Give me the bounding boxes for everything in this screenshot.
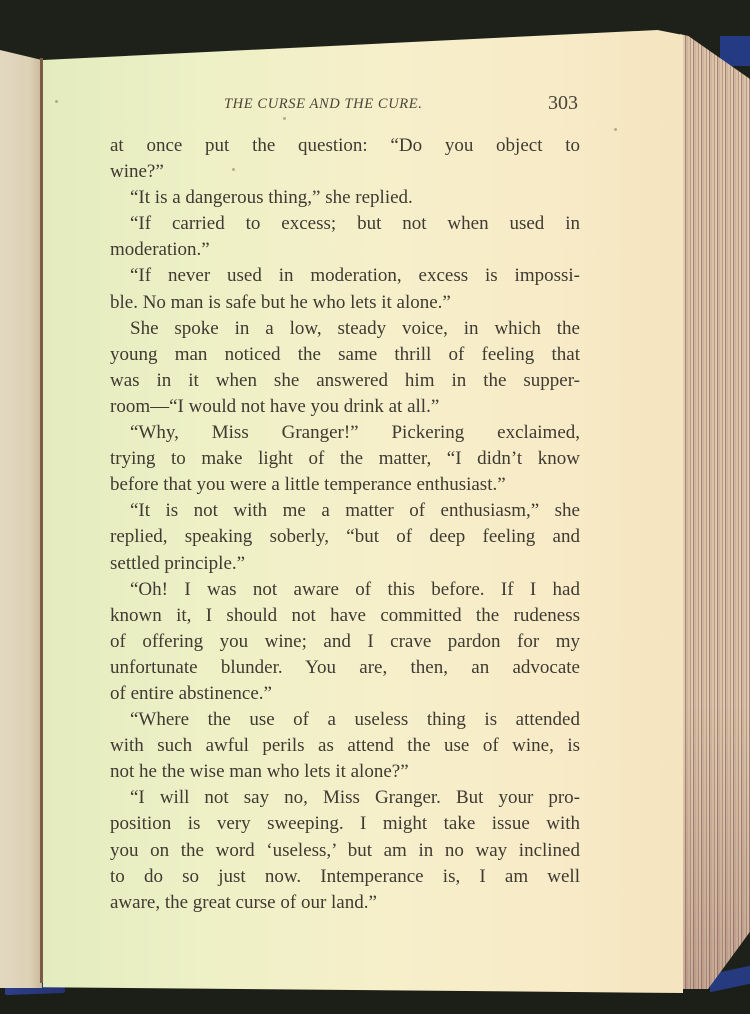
body-text: at once put the question: “Do you object… xyxy=(110,133,580,916)
text-line: at once put the question: “Do you object… xyxy=(110,133,580,159)
text-line: “Why, Miss Granger!” Pickering exclaimed… xyxy=(110,420,580,446)
text-line: “I will not say no, Miss Granger. But yo… xyxy=(110,785,580,811)
paper-speck xyxy=(283,117,286,120)
text-line: unfortunate blunder. You are, then, an a… xyxy=(110,655,580,681)
text-line: “Where the use of a useless thing is att… xyxy=(110,707,580,733)
book-gutter xyxy=(40,58,43,983)
text-line: settled principle.” xyxy=(110,551,580,577)
text-line: of entire abstinence.” xyxy=(110,681,580,707)
text-line: was in it when she answered him in the s… xyxy=(110,368,580,394)
text-line: room—“I would not have you drink at all.… xyxy=(110,394,580,420)
text-line: “If carried to excess; but not when used… xyxy=(110,211,580,237)
text-line: before that you were a little temperance… xyxy=(110,472,580,498)
page-header: THE CURSE AND THE CURE. 303 xyxy=(224,94,584,120)
text-line: known it, I should not have committed th… xyxy=(110,603,580,629)
text-line: to do so just now. Intemperance is, I am… xyxy=(110,864,580,890)
text-line: you on the word ‘useless,’ but am in no … xyxy=(110,838,580,864)
text-line: wine?” xyxy=(110,159,580,185)
paper-speck xyxy=(232,168,235,171)
text-line: moderation.” xyxy=(110,237,580,263)
text-line: aware, the great curse of our land.” xyxy=(110,890,580,916)
text-line: “It is not with me a matter of enthusias… xyxy=(110,498,580,524)
text-line: of offering you wine; and I crave pardon… xyxy=(110,629,580,655)
text-line: with such awful perils as attend the use… xyxy=(110,733,580,759)
text-line: “Oh! I was not aware of this before. If … xyxy=(110,577,580,603)
facing-page-edge xyxy=(0,48,42,988)
paper-speck xyxy=(614,128,617,131)
paper-speck xyxy=(55,100,58,103)
page-stack-shade xyxy=(680,34,750,989)
text-line: She spoke in a low, steady voice, in whi… xyxy=(110,316,580,342)
text-line: “It is a dangerous thing,” she replied. xyxy=(110,185,580,211)
text-line: position is very sweeping. I might take … xyxy=(110,811,580,837)
text-line: “If never used in moderation, excess is … xyxy=(110,263,580,289)
text-line: replied, speaking soberly, “but of deep … xyxy=(110,524,580,550)
text-line: young man noticed the same thrill of fee… xyxy=(110,342,580,368)
running-title: THE CURSE AND THE CURE. xyxy=(224,96,422,113)
text-line: trying to make light of the matter, “I d… xyxy=(110,446,580,472)
text-line: not he the wise man who lets it alone?” xyxy=(110,759,580,785)
text-line: ble. No man is safe but he who lets it a… xyxy=(110,290,580,316)
page-number: 303 xyxy=(548,92,578,115)
